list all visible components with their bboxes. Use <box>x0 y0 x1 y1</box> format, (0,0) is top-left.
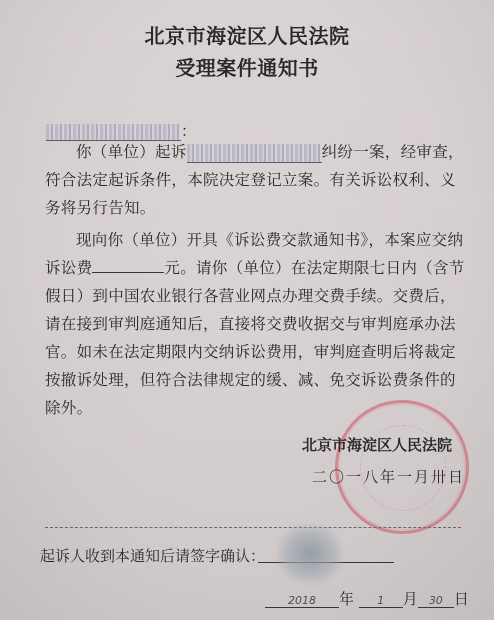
paragraph-fee-notice: 现向你（单位）开具《诉讼费交款通知书》，本案应交纳诉讼费元。请你（单位）在法定期… <box>45 226 465 422</box>
signature-court-name: 北京市海淀区人民法院 <box>302 434 452 455</box>
month-label: 月 <box>403 590 418 608</box>
paragraph1-prefix: 你（单位）起诉 <box>76 143 187 161</box>
handwritten-year: 2018 <box>265 594 339 608</box>
handwritten-month: 1 <box>359 594 403 608</box>
document-page: 北京市海淀区人民法院 受理案件通知书 ： 你（单位）起诉纠纷一案，经审查，符合法… <box>0 0 494 620</box>
document-title: 受理案件通知书 <box>0 52 494 81</box>
received-date: 2018年 1月30日 <box>265 588 469 609</box>
signature-date: 二〇一八年一月卅日 <box>312 466 465 487</box>
court-name-heading: 北京市海淀区人民法院 <box>0 20 494 49</box>
year-label: 年 <box>339 590 354 608</box>
paragraph-case-accepted: 你（单位）起诉纠纷一案，经审查，符合法定起诉条件，本院决定登记立案。有关诉讼权利… <box>45 138 465 222</box>
day-label: 日 <box>454 590 469 608</box>
paragraph2-suffix: 元。请你（单位）在法定期限七日内（含节假日）到中国农业银行各营业网点办理交费手续… <box>45 259 465 417</box>
handwritten-day: 30 <box>418 594 454 608</box>
confirmation-label: 起诉人收到本通知后请签字确认： <box>40 545 265 566</box>
redacted-defendant <box>187 144 322 163</box>
blurred-signature <box>278 525 342 583</box>
section-divider <box>45 527 461 528</box>
fee-amount-blank <box>92 258 164 273</box>
